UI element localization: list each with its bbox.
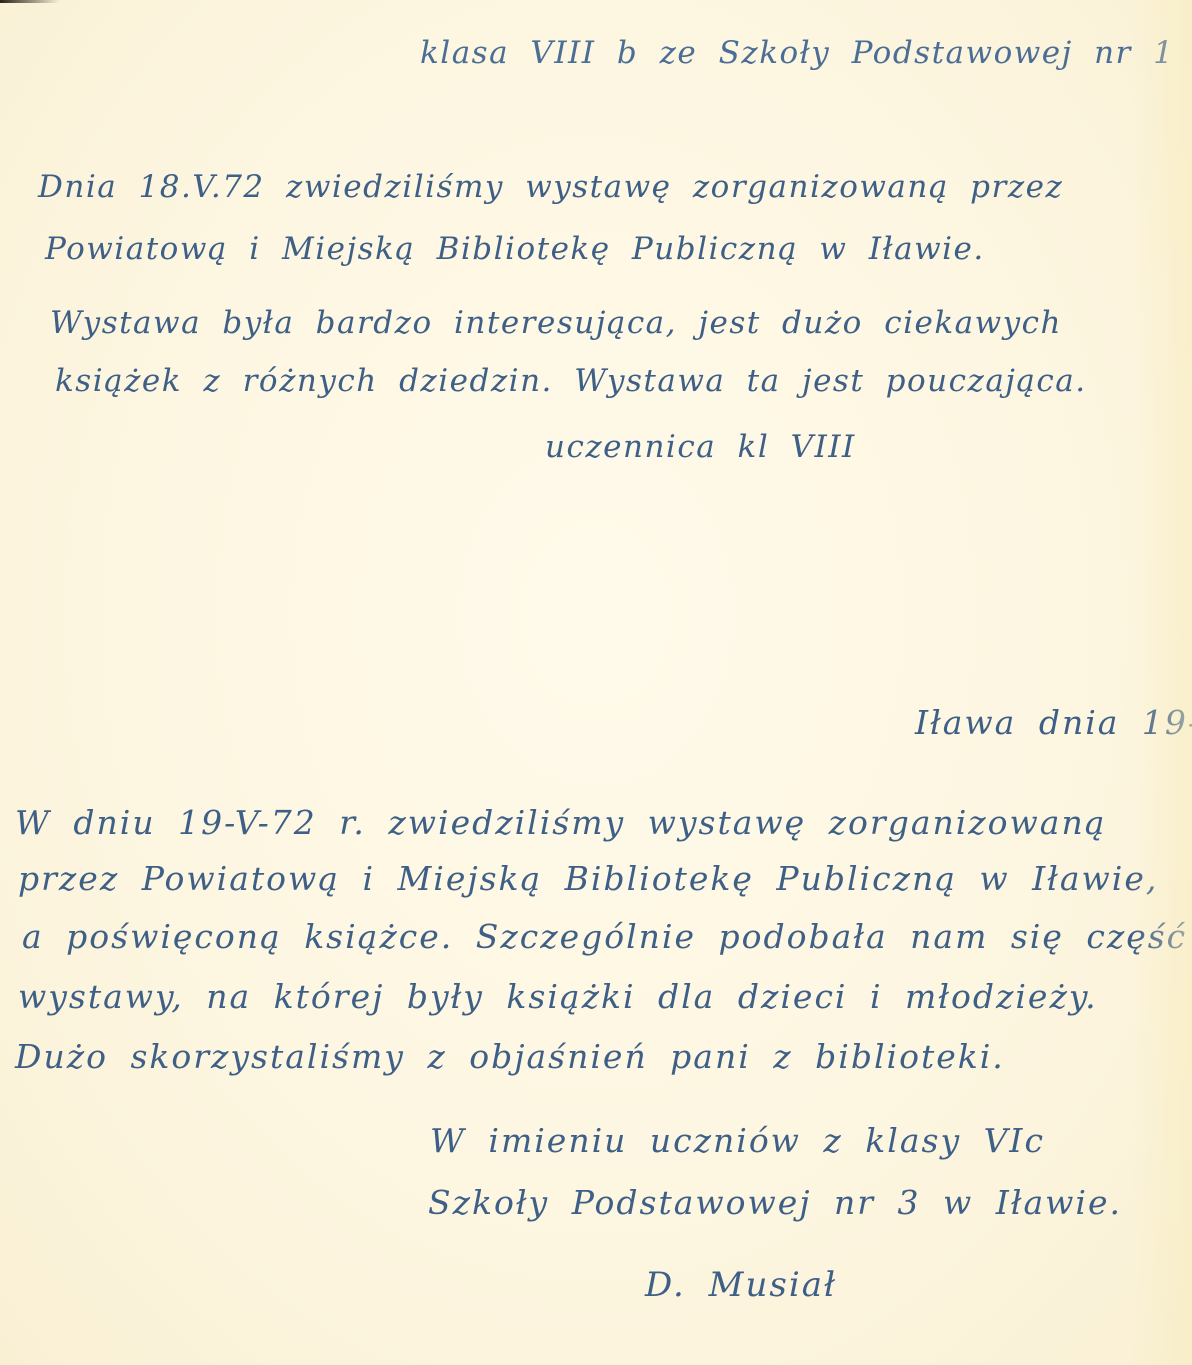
entry-2-line: wystawy, na której były książki dla dzie… <box>18 980 1098 1013</box>
entry-2-place-date: Iława dnia 19-V-1 <box>915 706 1192 739</box>
entry-2-line: a poświęconą książce. Szczególnie podoba… <box>22 920 1187 953</box>
entry-1-line: książek z różnych dziedzin. Wystawa ta j… <box>55 366 1087 397</box>
entry-1-line: Wystawa była bardzo interesująca, jest d… <box>50 308 1062 339</box>
entry-1-line: Dnia 18.V.72 zwiedziliśmy wystawę zorgan… <box>38 172 1063 203</box>
entry-2-closing: W imieniu uczniów z klasy VIc <box>430 1124 1045 1157</box>
entry-1-heading: klasa VIII b ze Szkoły Podstawowej nr 1 <box>420 38 1174 69</box>
entry-2-line: przez Powiatową i Miejską Bibliotekę Pub… <box>18 862 1158 895</box>
entry-1-line: Powiatową i Miejską Bibliotekę Publiczną… <box>45 234 985 265</box>
entry-2-signature: D. Musiał <box>645 1268 837 1302</box>
entry-2-closing: Szkoły Podstawowej nr 3 w Iławie. <box>428 1186 1122 1219</box>
entry-1-signature: uczennica kl VIII <box>545 432 856 463</box>
entry-2-line: Dużo skorzystaliśmy z objaśnień pani z b… <box>15 1040 1005 1073</box>
entry-2-line: W dniu 19-V-72 r. zwiedziliśmy wystawę z… <box>15 806 1106 839</box>
guestbook-page: klasa VIII b ze Szkoły Podstawowej nr 1 … <box>0 0 1192 1365</box>
